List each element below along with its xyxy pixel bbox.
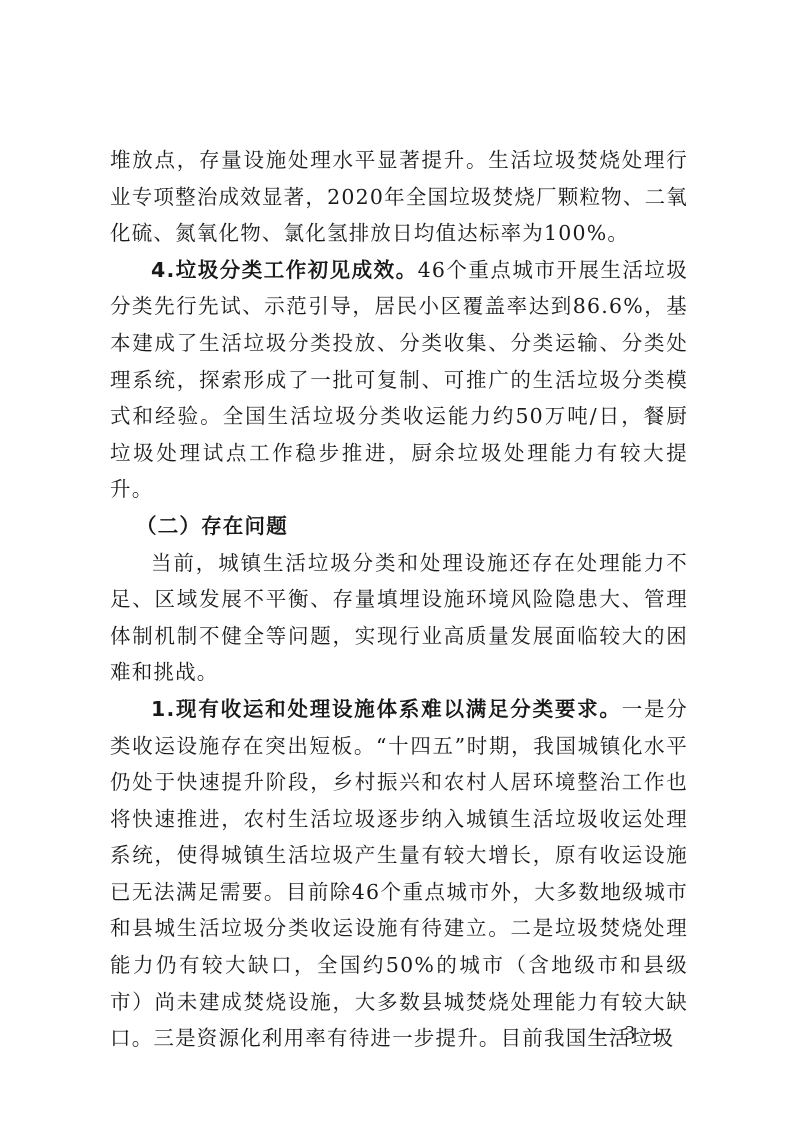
paragraph-text: 一是分类收运设施存在突出短板。“十四五”时期，我国城镇化水平仍处于快速提升阶段，… (110, 697, 688, 1050)
paragraph-lead-heading: 4.垃圾分类工作初见成效。 (151, 258, 418, 282)
paragraph-text: 堆放点，存量设施处理水平显著提升。生活垃圾焚烧处理行业专项整治成效显著，2020… (110, 148, 688, 245)
paragraph-text: 46个重点城市开展生活垃圾分类先行先试、示范引导，居民小区覆盖率达到86.6%，… (110, 258, 688, 502)
section-heading: （二）存在问题 (110, 508, 688, 545)
paragraph-text: 当前，城镇生活垃圾分类和处理设施还存在处理能力不足、区域发展不平衡、存量填埋设施… (110, 551, 688, 685)
paragraph-facility-gap: 1.现有收运和处理设施体系难以满足分类要求。一是分类收运设施存在突出短板。“十四… (110, 691, 688, 1057)
paragraph-current-problems: 当前，城镇生活垃圾分类和处理设施还存在处理能力不足、区域发展不平衡、存量填埋设施… (110, 545, 688, 691)
paragraph-lead-heading: 1.现有收运和处理设施体系难以满足分类要求。 (151, 697, 622, 721)
paragraph-waste-sorting-results: 4.垃圾分类工作初见成效。46个重点城市开展生活垃圾分类先行先试、示范引导，居民… (110, 252, 688, 508)
document-page-body: 堆放点，存量设施处理水平显著提升。生活垃圾焚烧处理行业专项整治成效显著，2020… (110, 142, 688, 1057)
page-number: — 3 — (596, 1022, 666, 1045)
paragraph-continuation: 堆放点，存量设施处理水平显著提升。生活垃圾焚烧处理行业专项整治成效显著，2020… (110, 142, 688, 252)
